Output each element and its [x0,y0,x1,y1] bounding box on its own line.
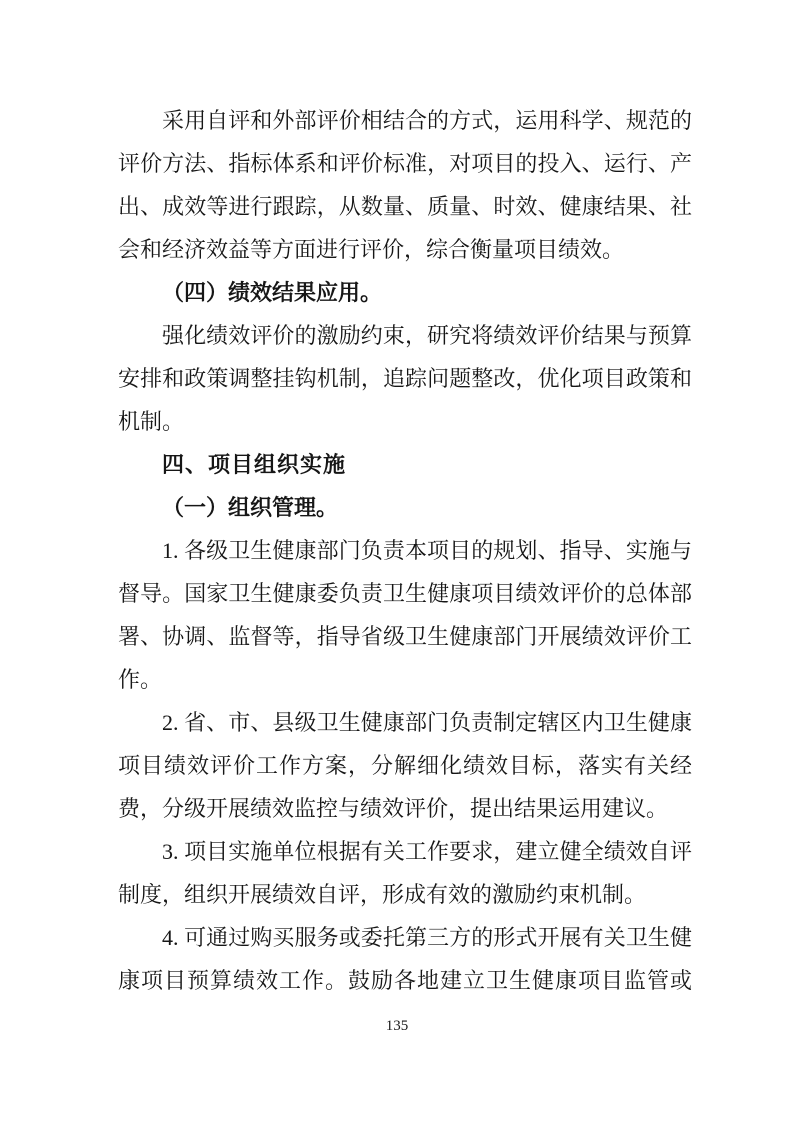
section-heading-organization-management: （一）组织管理。 [118,486,692,529]
paragraph-item-3-implementation-units: 3. 项目实施单位根据有关工作要求，建立健全绩效自评制度，组织开展绩效自评，形成… [118,830,692,916]
paragraph-item-4-third-party: 4. 可通过购买服务或委托第三方的形式开展有关卫生健康项目预算绩效工作。鼓励各地… [118,916,692,1002]
section-heading-performance-result-application: （四）绩效结果应用。 [118,271,692,314]
paragraph-item-1-health-departments: 1. 各级卫生健康部门负责本项目的规划、指导、实施与督导。国家卫生健康委负责卫生… [118,529,692,701]
document-page: 采用自评和外部评价相结合的方式，运用科学、规范的评价方法、指标体系和评价标准，对… [0,0,794,1122]
page-number: 135 [0,1016,794,1036]
chapter-heading-project-organization-implementation: 四、项目组织实施 [118,443,692,486]
paragraph-performance-result-application: 强化绩效评价的激励约束，研究将绩效评价结果与预算安排和政策调整挂钩机制，追踪问题… [118,314,692,443]
paragraph-performance-evaluation-method: 采用自评和外部评价相结合的方式，运用科学、规范的评价方法、指标体系和评价标准，对… [118,99,692,271]
document-body: 采用自评和外部评价相结合的方式，运用科学、规范的评价方法、指标体系和评价标准，对… [118,99,692,1002]
paragraph-item-2-provincial-city-county: 2. 省、市、县级卫生健康部门负责制定辖区内卫生健康项目绩效评价工作方案，分解细… [118,701,692,830]
